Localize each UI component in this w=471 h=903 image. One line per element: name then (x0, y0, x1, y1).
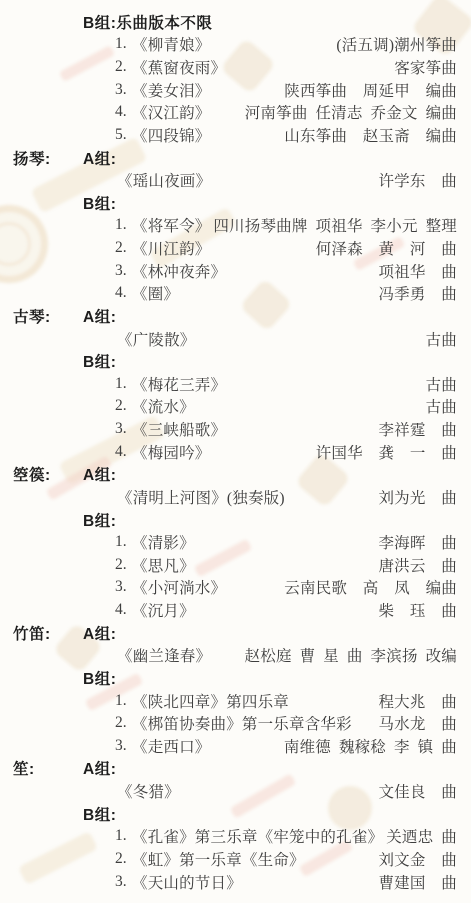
entry-line: 1.《梅花三弄》古曲 (0, 373, 471, 396)
entry-line: 《广陵散》古曲 (0, 327, 471, 350)
song-attribution: 文佳良 曲 (378, 780, 457, 802)
item-number: 4. (115, 103, 132, 121)
document-page: B组:乐曲版本不限1.《柳青娘》(活五调)潮州筝曲2.《蕉窗夜雨》客家筝曲3.《… (0, 0, 471, 903)
song-title: 《蕉窗夜雨》 (132, 56, 226, 78)
item-number: 3. (115, 737, 132, 755)
entry-line: 3.《走西口》南维德 魏稼稔 李 镇 曲 (0, 735, 471, 758)
song-title: 《梅花三弄》 (132, 373, 226, 395)
entry-line: 1.《陕北四章》第四乐章程大兆 曲 (0, 689, 471, 712)
entry-line: 《冬猎》文佳良 曲 (0, 780, 471, 803)
entry-line: 《清明上河图》(独奏版)刘为光 曲 (0, 486, 471, 509)
group-header-line: B组: (0, 508, 471, 531)
item-number: 5. (115, 126, 132, 144)
song-title: 《将军令》 (132, 214, 211, 236)
entry-line: 2.《流水》古曲 (0, 395, 471, 418)
item-number: 3. (115, 81, 132, 99)
entry-line: 4.《圈》冯季勇 曲 (0, 282, 471, 305)
song-title: 《三峡船歌》 (132, 418, 226, 440)
item-number: 1. (115, 35, 132, 53)
item-number: 4. (115, 443, 132, 461)
instrument-label: 扬琴: (13, 147, 83, 169)
song-title: 《天山的节日》 (132, 871, 242, 893)
entry-row: 2.《虹》第一乐章《生命》刘文金 曲 (83, 848, 457, 870)
entry-line: 5.《四段锦》山东筝曲 赵玉斋 编曲 (0, 124, 471, 147)
entry-row: 2.《梆笛协奏曲》第一乐章含华彩马水龙 曲 (83, 712, 457, 734)
group-label: B组: (83, 192, 116, 214)
entry-row: 1.《梅花三弄》古曲 (83, 373, 457, 395)
group-header-line: 笙:A组: (0, 757, 471, 780)
song-attribution: 曹建国 曲 (378, 871, 457, 893)
song-attribution: 关迺忠 曲 (386, 825, 457, 847)
group-label: A组: (83, 757, 116, 779)
song-title: 《四段锦》 (132, 124, 211, 146)
entry-line: 1.《清影》李海晖 曲 (0, 531, 471, 554)
song-attribution: 南维德 魏稼稔 李 镇 曲 (284, 735, 457, 757)
item-number: 3. (115, 262, 132, 280)
song-title: 《林冲夜奔》 (132, 260, 226, 282)
entry-row: 2.《思凡》唐洪云 曲 (83, 554, 457, 576)
entry-row: 3.《小河淌水》云南民歌 高 凤 编曲 (83, 576, 457, 598)
song-title: 《梆笛协奏曲》第一乐章含华彩 (132, 712, 352, 734)
song-title: 《沉月》 (132, 599, 195, 621)
song-title: 《冬猎》 (115, 780, 180, 802)
group-label: B组: (83, 509, 116, 531)
entry-line: 2.《蕉窗夜雨》客家筝曲 (0, 56, 471, 79)
song-attribution: 李祥霆 曲 (378, 418, 457, 440)
item-number: 3. (115, 420, 132, 438)
item-number: 4. (115, 284, 132, 302)
song-attribution: 程大兆 曲 (378, 690, 457, 712)
song-title: 《川江韵》 (132, 237, 211, 259)
repertoire-list: B组:乐曲版本不限1.《柳青娘》(活五调)潮州筝曲2.《蕉窗夜雨》客家筝曲3.《… (0, 0, 471, 893)
song-attribution: 许学东 曲 (378, 169, 457, 191)
group-header-line: 竹笛:A组: (0, 621, 471, 644)
song-attribution: 刘为光 曲 (378, 486, 457, 508)
song-title: 《清影》 (132, 531, 195, 553)
song-attribution: 刘文金 曲 (378, 848, 457, 870)
song-attribution: 马水龙 曲 (378, 712, 457, 734)
group-label: B组: (83, 667, 116, 689)
song-title: 《幽兰逢春》 (115, 644, 211, 666)
entry-line: 3.《天山的节日》曹建国 曲 (0, 870, 471, 893)
entry-line: 3.《小河淌水》云南民歌 高 凤 编曲 (0, 576, 471, 599)
group-header-line: 扬琴:A组: (0, 146, 471, 169)
song-title: 《柳青娘》 (132, 33, 211, 55)
entry-line: 4.《梅园吟》许国华 龚 一 曲 (0, 440, 471, 463)
entry-line: 4.《汉江韵》河南筝曲 任清志 乔金文 编曲 (0, 101, 471, 124)
entry-row: 4.《沉月》柴 珏 曲 (83, 599, 457, 621)
entry-line: 2.《川江韵》何泽森 黄 河 曲 (0, 237, 471, 260)
entry-line: 3.《三峡船歌》李祥霆 曲 (0, 418, 471, 441)
entry-row: 3.《林冲夜奔》项祖华 曲 (83, 260, 457, 282)
item-number: 2. (115, 58, 132, 76)
entry-row: 《广陵散》古曲 (83, 328, 457, 350)
entry-row: 4.《汉江韵》河南筝曲 任清志 乔金文 编曲 (83, 101, 457, 123)
song-title: 《流水》 (132, 395, 195, 417)
group-header-line: B组: (0, 802, 471, 825)
song-title: 《汉江韵》 (132, 101, 211, 123)
group-header-line: B组: (0, 667, 471, 690)
entry-row: 1.《柳青娘》(活五调)潮州筝曲 (83, 33, 457, 55)
entry-row: 5.《四段锦》山东筝曲 赵玉斋 编曲 (83, 124, 457, 146)
entry-line: 《瑶山夜画》许学东 曲 (0, 169, 471, 192)
entry-line: 3.《姜女泪》陕西筝曲 周延甲 编曲 (0, 78, 471, 101)
entry-row: 3.《三峡船歌》李祥霆 曲 (83, 418, 457, 440)
group-label: A组: (83, 147, 116, 169)
entry-row: 2.《川江韵》何泽森 黄 河 曲 (83, 237, 457, 259)
entry-row: 3.《姜女泪》陕西筝曲 周延甲 编曲 (83, 79, 457, 101)
group-label: B组:乐曲版本不限 (83, 11, 212, 33)
entry-row: 4.《梅园吟》许国华 龚 一 曲 (83, 441, 457, 463)
group-label: A组: (83, 463, 116, 485)
entry-row: 1.《将军令》四川扬琴曲牌 项祖华 李小元 整理 (83, 214, 457, 236)
entry-row: 2.《流水》古曲 (83, 395, 457, 417)
song-attribution: 赵松庭 曹 星 曲 李滨扬 改编 (245, 644, 457, 666)
entry-line: 2.《虹》第一乐章《生命》刘文金 曲 (0, 848, 471, 871)
song-attribution: 许国华 龚 一 曲 (316, 441, 457, 463)
entry-row: 3.《走西口》南维德 魏稼稔 李 镇 曲 (83, 735, 457, 757)
entry-line: 1.《孔雀》第三乐章《牢笼中的孔雀》关迺忠 曲 (0, 825, 471, 848)
item-number: 4. (115, 601, 132, 619)
song-title: 《瑶山夜画》 (115, 169, 211, 191)
song-attribution: 何泽森 黄 河 曲 (316, 237, 457, 259)
group-label: B组: (83, 350, 116, 372)
item-number: 1. (115, 375, 132, 393)
song-attribution: 陕西筝曲 周延甲 编曲 (284, 79, 457, 101)
instrument-label: 竹笛: (13, 622, 83, 644)
item-number: 2. (115, 714, 132, 732)
item-number: 1. (115, 533, 132, 551)
song-title: 《虹》第一乐章《生命》 (132, 848, 305, 870)
entry-line: 1.《将军令》四川扬琴曲牌 项祖华 李小元 整理 (0, 214, 471, 237)
entry-row: 1.《陕北四章》第四乐章程大兆 曲 (83, 690, 457, 712)
group-header-line: B组: (0, 192, 471, 215)
item-number: 2. (115, 850, 132, 868)
instrument-label: 笙: (13, 757, 83, 779)
song-title: 《思凡》 (132, 554, 195, 576)
item-number: 2. (115, 397, 132, 415)
entry-row: 1.《清影》李海晖 曲 (83, 531, 457, 553)
song-title: 《孔雀》第三乐章《牢笼中的孔雀》 (132, 825, 383, 847)
instrument-label: 古琴: (13, 305, 83, 327)
item-number: 2. (115, 239, 132, 257)
entry-row: 2.《蕉窗夜雨》客家筝曲 (83, 56, 457, 78)
group-label: A组: (83, 622, 116, 644)
entry-line: 3.《林冲夜奔》项祖华 曲 (0, 259, 471, 282)
song-title: 《圈》 (132, 282, 179, 304)
song-attribution: 客家筝曲 (394, 56, 457, 78)
entry-line: 2.《思凡》唐洪云 曲 (0, 554, 471, 577)
group-header-line: 箜篌:A组: (0, 463, 471, 486)
entry-row: 1.《孔雀》第三乐章《牢笼中的孔雀》关迺忠 曲 (83, 825, 457, 847)
group-header-line: B组: (0, 350, 471, 373)
song-attribution: 冯季勇 曲 (378, 282, 457, 304)
entry-line: 《幽兰逢春》赵松庭 曹 星 曲 李滨扬 改编 (0, 644, 471, 667)
song-attribution: 河南筝曲 任清志 乔金文 编曲 (245, 101, 457, 123)
song-attribution: 古曲 (426, 373, 457, 395)
group-label: B组: (83, 803, 116, 825)
group-header-line: B组:乐曲版本不限 (0, 11, 471, 34)
song-title: 《梅园吟》 (132, 441, 211, 463)
entry-row: 《幽兰逢春》赵松庭 曹 星 曲 李滨扬 改编 (83, 644, 457, 666)
song-attribution: 山东筝曲 赵玉斋 编曲 (284, 124, 457, 146)
group-label: A组: (83, 305, 116, 327)
entry-row: 《冬猎》文佳良 曲 (83, 780, 457, 802)
song-attribution: 古曲 (426, 395, 457, 417)
instrument-label: 箜篌: (13, 463, 83, 485)
item-number: 1. (115, 692, 132, 710)
song-title: 《走西口》 (132, 735, 211, 757)
song-title: 《陕北四章》第四乐章 (132, 690, 289, 712)
entry-line: 4.《沉月》柴 珏 曲 (0, 599, 471, 622)
song-attribution: (活五调)潮州筝曲 (336, 33, 457, 55)
song-attribution: 唐洪云 曲 (378, 554, 457, 576)
song-attribution: 李海晖 曲 (378, 531, 457, 553)
entry-row: 3.《天山的节日》曹建国 曲 (83, 871, 457, 893)
item-number: 2. (115, 556, 132, 574)
item-number: 1. (115, 216, 132, 234)
entry-line: 1.《柳青娘》(活五调)潮州筝曲 (0, 33, 471, 56)
song-attribution: 古曲 (426, 328, 457, 350)
song-title: 《清明上河图》(独奏版) (115, 486, 285, 508)
song-attribution: 云南民歌 高 凤 编曲 (284, 576, 457, 598)
song-title: 《小河淌水》 (132, 576, 226, 598)
song-title: 《广陵散》 (115, 328, 196, 350)
song-title: 《姜女泪》 (132, 79, 211, 101)
entry-row: 4.《圈》冯季勇 曲 (83, 282, 457, 304)
song-attribution: 四川扬琴曲牌 项祖华 李小元 整理 (213, 214, 457, 236)
song-attribution: 柴 珏 曲 (378, 599, 457, 621)
group-header-line: 古琴:A组: (0, 305, 471, 328)
entry-row: 《清明上河图》(独奏版)刘为光 曲 (83, 486, 457, 508)
item-number: 1. (115, 827, 132, 845)
entry-row: 《瑶山夜画》许学东 曲 (83, 169, 457, 191)
song-attribution: 项祖华 曲 (378, 260, 457, 282)
item-number: 3. (115, 873, 132, 891)
entry-line: 2.《梆笛协奏曲》第一乐章含华彩马水龙 曲 (0, 712, 471, 735)
item-number: 3. (115, 578, 132, 596)
